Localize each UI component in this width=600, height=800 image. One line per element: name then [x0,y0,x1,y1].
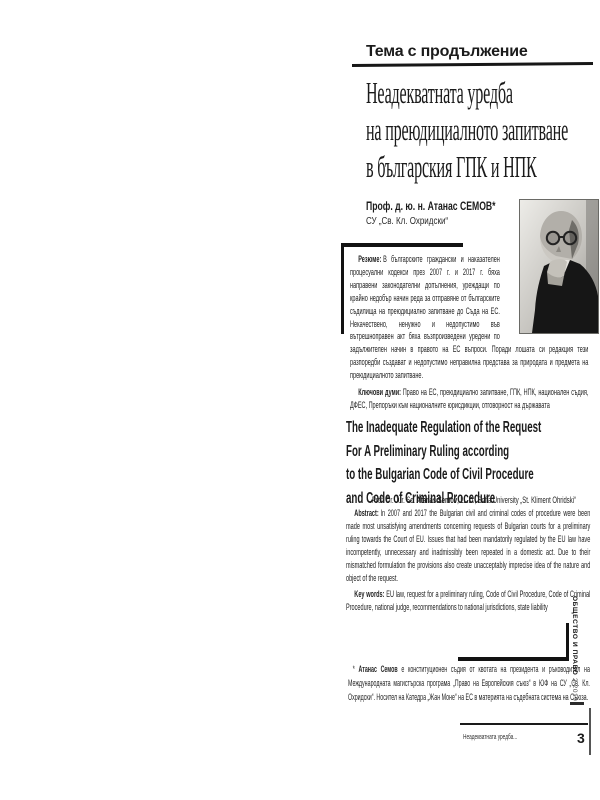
byline-suffix: , LL.D., Sofia University „St. Kliment O… [457,495,576,506]
keywords-paragraph-english: Key words:EU law, request for a prelimin… [346,588,590,614]
abstract-paragraph-english: Abstract:In 2007 and 2017 the Bulgarian … [346,507,590,584]
title-en-line-1: The Inadequate Regulation of the Request [346,416,541,440]
scanned-article-page: Тема с продължение Неадекватната уредба … [0,0,600,800]
title-en-line-2: For A Preliminary Ruling according [346,440,541,464]
title-line-1: Неадекватната уредба [366,74,568,111]
abstract-paragraph-bulgarian: Резюме:В българските граждански и наказа… [350,253,588,382]
author-byline-english: Prof. Dr. Jur. Sc. Atanas Semov, LL.D., … [372,495,576,506]
footnote-block: * Атанас Семов е конституционен съдия от… [348,662,590,704]
footer-page-number: 3 [577,730,585,746]
spine-tick-mark [570,702,584,705]
abstract-block-english: Abstract:In 2007 and 2017 the Bulgarian … [346,507,590,614]
section-heading-rule [352,62,593,66]
keywords-label-bulgarian: Ключови думи: [358,386,401,397]
abstract-block-bulgarian: Резюме:В българските граждански и наказа… [350,253,588,412]
section-heading: Тема с продължение [366,43,528,61]
keywords-paragraph-bulgarian: Ключови думи:Право на ЕС, преюдициално з… [350,386,588,412]
author-affiliation: СУ „Св. Кл. Охридски“ [366,216,448,227]
abstract-label-english: Abstract: [354,507,378,518]
footnote-paragraph: * Атанас Семов е конституционен съдия от… [348,662,590,704]
title-line-3: в българския ГПК и НПК [366,148,568,185]
photo-wrap-spacer [500,253,589,331]
abstract-text-english: In 2007 and 2017 the Bulgarian civil and… [346,507,590,583]
footnote-author-name: Атанас Семов [358,664,397,674]
article-title-bulgarian: Неадекватната уредба на преюдициалното з… [366,74,600,185]
spine-issue-number: 2/2019 [571,678,578,701]
spine-journal-name: ОБЩЕСТВО И ПРАВО [571,596,578,675]
title-line-2: на преюдициалното запитване [366,111,568,148]
abstract-frame-corner-bottom-right [458,623,569,661]
abstract-label-bulgarian: Резюме: [358,253,381,264]
footer-rule [460,723,588,725]
footer-running-title: Неадекватната уредба... [463,734,517,741]
author-name: Проф. д. ю. н. Атанас СЕМОВ* [366,199,496,213]
title-en-line-3: to the Bulgarian Code of Civil Procedure [346,463,541,487]
byline-prefix: Prof. Dr. Jur. Sc. [372,495,417,506]
journal-spine-text: ОБЩЕСТВО И ПРАВО2/2019 [571,596,578,706]
keywords-label-english: Key words: [354,588,384,599]
byline-author-name: Atanas Semov [417,495,458,506]
spine-edge-line [589,708,591,755]
